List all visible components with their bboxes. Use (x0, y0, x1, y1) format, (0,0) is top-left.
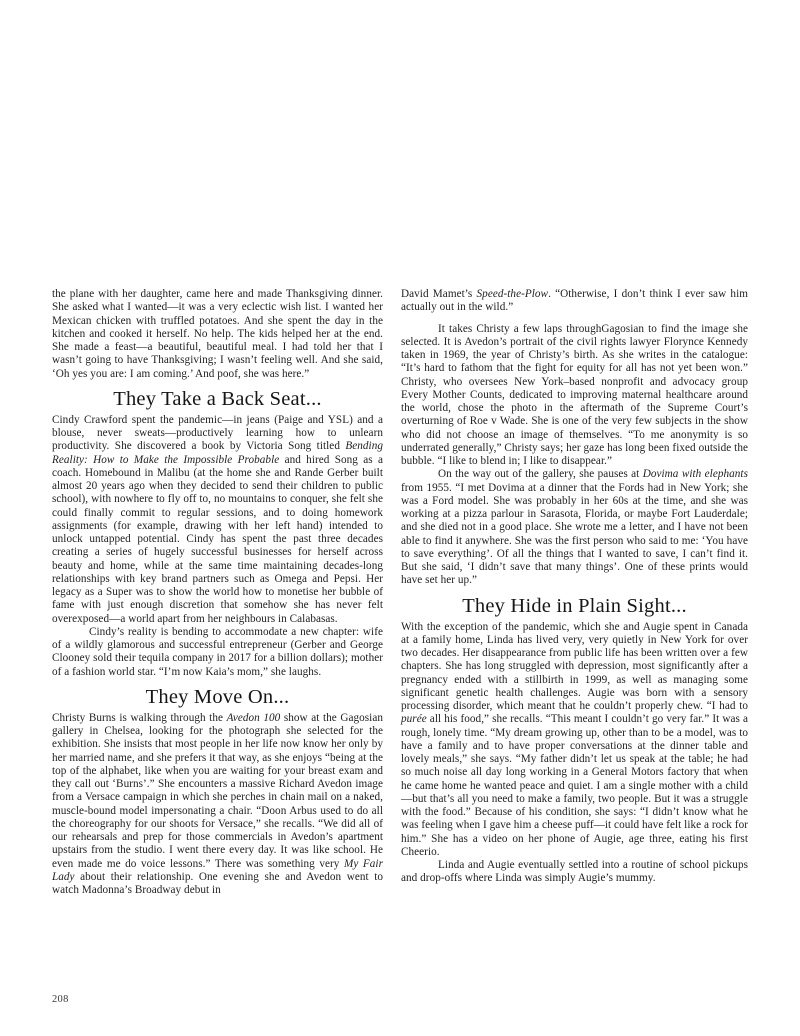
text-run: all his food,” she recalls. “This meant … (401, 713, 748, 858)
text-run: the plane with her daughter, came here a… (52, 288, 383, 380)
body-paragraph: the plane with her daughter, came here a… (52, 288, 383, 381)
text-run: and hired Song as a coach. Homebound in … (52, 454, 383, 625)
body-paragraph: On the way out of the gallery, she pause… (401, 468, 748, 587)
italic-text-run: Dovima with elephants (643, 468, 748, 480)
section-heading: They Take a Back Seat... (52, 388, 383, 411)
page-number: 208 (52, 994, 69, 1006)
italic-text-run: purée (401, 713, 427, 725)
text-run: On the way out of the gallery, she pause… (438, 468, 643, 480)
italic-text-run: Avedon 100 (227, 712, 281, 724)
body-paragraph: Cindy Crawford spent the pandemic—in jea… (52, 414, 383, 626)
text-run: from 1955. “I met Dovima at a dinner tha… (401, 482, 748, 587)
text-run: show at the Gagosian gallery in Chelsea,… (52, 712, 383, 870)
italic-text-run: Speed-the-Plow (477, 288, 549, 300)
body-paragraph: David Mamet’s Speed-the-Plow. “Otherwise… (401, 288, 748, 315)
text-run: Christy Burns is walking through the (52, 712, 227, 724)
text-run: David Mamet’s (401, 288, 477, 300)
text-run: Linda and Augie eventually settled into … (401, 859, 748, 884)
text-run: With the exception of the pandemic, whic… (401, 621, 748, 713)
left-column: the plane with her daughter, came here a… (52, 288, 383, 897)
body-paragraph: Linda and Augie eventually settled into … (401, 859, 748, 886)
text-run: about their relationship. One evening sh… (52, 871, 383, 896)
text-run: Cindy’s reality is bending to accommodat… (52, 626, 383, 678)
text-columns: the plane with her daughter, came here a… (52, 288, 748, 897)
body-paragraph: It takes Christy a few laps throughGagos… (401, 323, 748, 469)
text-run: Cindy Crawford spent the pandemic—in jea… (52, 414, 383, 453)
section-heading: They Hide in Plain Sight... (401, 595, 748, 618)
body-paragraph: Cindy’s reality is bending to accommodat… (52, 626, 383, 679)
right-column: David Mamet’s Speed-the-Plow. “Otherwise… (401, 288, 748, 897)
body-paragraph: With the exception of the pandemic, whic… (401, 621, 748, 860)
body-paragraph: Christy Burns is walking through the Ave… (52, 712, 383, 898)
section-heading: They Move On... (52, 686, 383, 709)
text-run: It takes Christy a few laps throughGagos… (401, 323, 748, 468)
magazine-page: the plane with her daughter, came here a… (0, 0, 800, 1036)
